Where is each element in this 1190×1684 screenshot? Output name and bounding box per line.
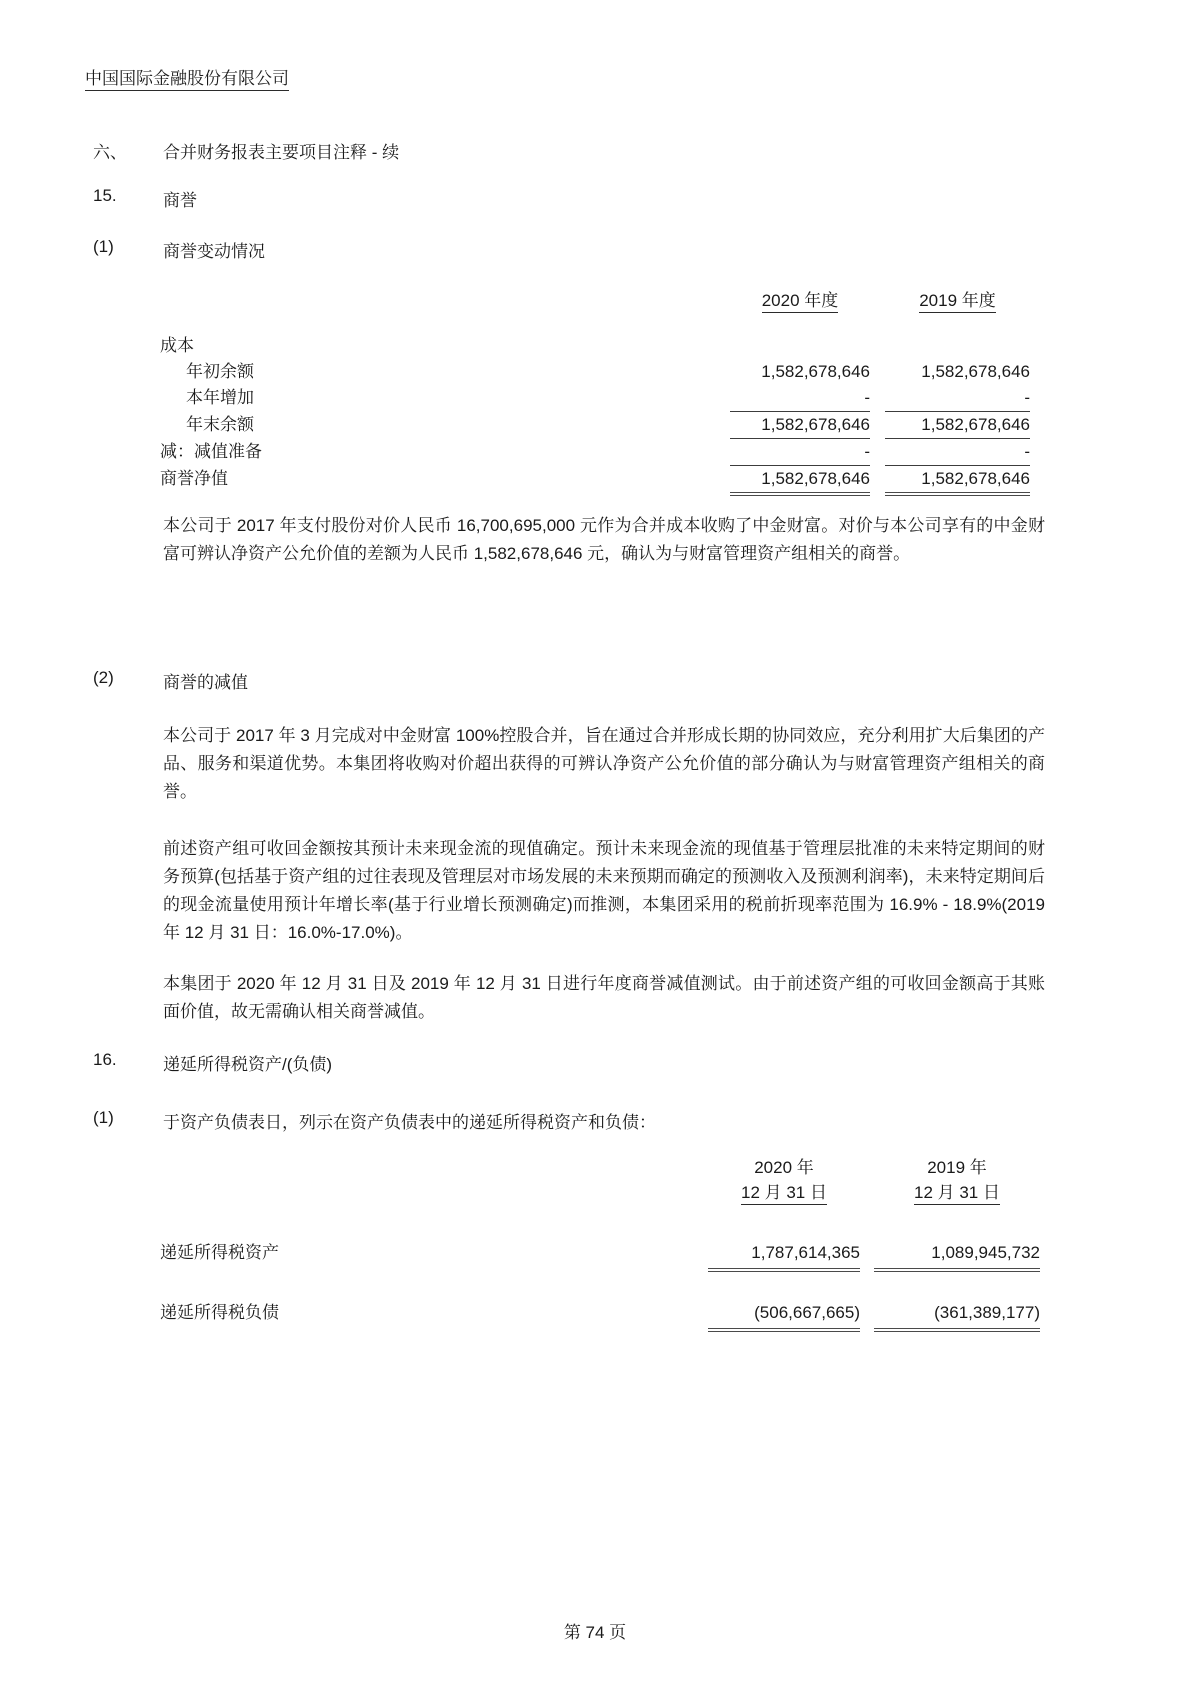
- goodwill-table: 2020 年度 2019 年度 成本 年初余额 1,582,678,646 1,…: [160, 283, 1030, 496]
- column-header-2019: 2019 年 12 月 31 日: [874, 1155, 1040, 1205]
- paragraph-recoverable-amount: 前述资产组可收回金额按其预计未来现金流的现值确定。预计未来现金流的现值基于管理层…: [163, 835, 1045, 947]
- paragraph-impairment-test: 本集团于 2020 年 12 月 31 日及 2019 年 12 月 31 日进…: [163, 970, 1045, 1026]
- note16-sub1-heading: (1) 于资产负债表日，列示在资产负债表中的递延所得税资产和负债：: [93, 1108, 1045, 1133]
- paragraph-merger: 本公司于 2017 年 3 月完成对中金财富 100%控股合并，旨在通过合并形成…: [163, 722, 1045, 806]
- value-2019: 1,582,678,646: [885, 466, 1030, 496]
- value-2020: -: [730, 385, 870, 412]
- value-2019: 1,089,945,732: [874, 1238, 1040, 1272]
- document-page: 中国国际金融股份有限公司 六、 合并财务报表主要项目注释 - 续 15. 商誉 …: [0, 0, 1190, 1684]
- paragraph-acquisition: 本公司于 2017 年支付股份对价人民币 16,700,695,000 元作为合…: [163, 512, 1045, 568]
- value-2020: (506,667,665): [708, 1298, 860, 1332]
- value-2019: 1,582,678,646: [885, 412, 1030, 439]
- company-header: 中国国际金融股份有限公司: [85, 64, 289, 89]
- column-header-2019-year: 2019 年: [874, 1155, 1040, 1180]
- note15-heading: 15. 商誉: [93, 186, 1045, 211]
- value-2020: -: [730, 439, 870, 466]
- note15-title: 商誉: [163, 186, 1045, 211]
- note16-sub1-title: 于资产负债表日，列示在资产负债表中的递延所得税资产和负债：: [163, 1108, 1045, 1133]
- table-row: 递延所得税资产 1,787,614,365 1,089,945,732: [160, 1238, 1040, 1272]
- row-label: 本年增加: [160, 385, 730, 412]
- row-label: 递延所得税负债: [160, 1298, 708, 1332]
- row-label: 减：减值准备: [160, 439, 730, 466]
- note16-sub1-number: (1): [93, 1108, 163, 1133]
- table-row: 递延所得税负债 (506,667,665) (361,389,177): [160, 1298, 1040, 1332]
- value-2020: 1,582,678,646: [730, 359, 870, 385]
- row-label: 年末余额: [160, 412, 730, 439]
- main-section-title: 合并财务报表主要项目注释 - 续: [163, 138, 1045, 163]
- value-2019: 1,582,678,646: [885, 359, 1030, 385]
- table-row: 年末余额 1,582,678,646 1,582,678,646: [160, 412, 1030, 439]
- column-header-2020-date: 12 月 31 日: [741, 1183, 827, 1205]
- page-number: 第 74 页: [564, 1623, 626, 1642]
- deferred-tax-table: 2020 年 12 月 31 日 2019 年 12 月 31 日 递延所得税资…: [160, 1155, 1040, 1332]
- main-section-number: 六、: [93, 138, 163, 163]
- note15-sub1-heading: (1) 商誉变动情况: [93, 237, 1045, 262]
- note16-number: 16.: [93, 1050, 163, 1075]
- column-header-2019-date: 12 月 31 日: [914, 1183, 1000, 1205]
- note16-heading: 16. 递延所得税资产/(负债): [93, 1050, 1045, 1075]
- table-row: 本年增加 - -: [160, 385, 1030, 412]
- row-label: 成本: [160, 333, 730, 359]
- value-2019: -: [885, 439, 1030, 466]
- row-label: 商誉净值: [160, 466, 730, 496]
- column-header-2020-year: 2020 年: [708, 1155, 860, 1180]
- note16-title: 递延所得税资产/(负债): [163, 1050, 1045, 1075]
- value-2020: 1,582,678,646: [730, 466, 870, 496]
- column-header-2020: 2020 年 12 月 31 日: [708, 1155, 860, 1205]
- note15-sub1-title: 商誉变动情况: [163, 237, 1045, 262]
- note15-number: 15.: [93, 186, 163, 211]
- value-2019: -: [885, 385, 1030, 412]
- table-row: 成本: [160, 333, 1030, 359]
- column-header-2019: 2019 年度: [885, 286, 1030, 311]
- row-label: 递延所得税资产: [160, 1238, 708, 1272]
- note15-sub2-number: (2): [93, 668, 163, 693]
- main-section-heading: 六、 合并财务报表主要项目注释 - 续: [93, 138, 1045, 163]
- table-row: 减：减值准备 - -: [160, 439, 1030, 466]
- value-2019: [885, 333, 1030, 359]
- value-2020: 1,582,678,646: [730, 412, 870, 439]
- value-2020: 1,787,614,365: [708, 1238, 860, 1272]
- goodwill-table-body: 成本 年初余额 1,582,678,646 1,582,678,646 本年增加…: [160, 333, 1030, 496]
- deferred-tax-header-row: 2020 年 12 月 31 日 2019 年 12 月 31 日: [160, 1155, 1040, 1205]
- column-header-2020: 2020 年度: [730, 286, 870, 311]
- table-row: 年初余额 1,582,678,646 1,582,678,646: [160, 359, 1030, 385]
- note15-sub2-title: 商誉的减值: [163, 668, 1045, 693]
- company-name: 中国国际金融股份有限公司: [85, 69, 289, 91]
- page-footer: 第 74 页: [0, 1618, 1190, 1643]
- row-label: 年初余额: [160, 359, 730, 385]
- note15-sub1-number: (1): [93, 237, 163, 262]
- value-2020: [730, 333, 870, 359]
- goodwill-table-header-row: 2020 年度 2019 年度: [160, 283, 1030, 311]
- table-row: 商誉净值 1,582,678,646 1,582,678,646: [160, 466, 1030, 496]
- value-2019: (361,389,177): [874, 1298, 1040, 1332]
- note15-sub2-heading: (2) 商誉的减值: [93, 668, 1045, 693]
